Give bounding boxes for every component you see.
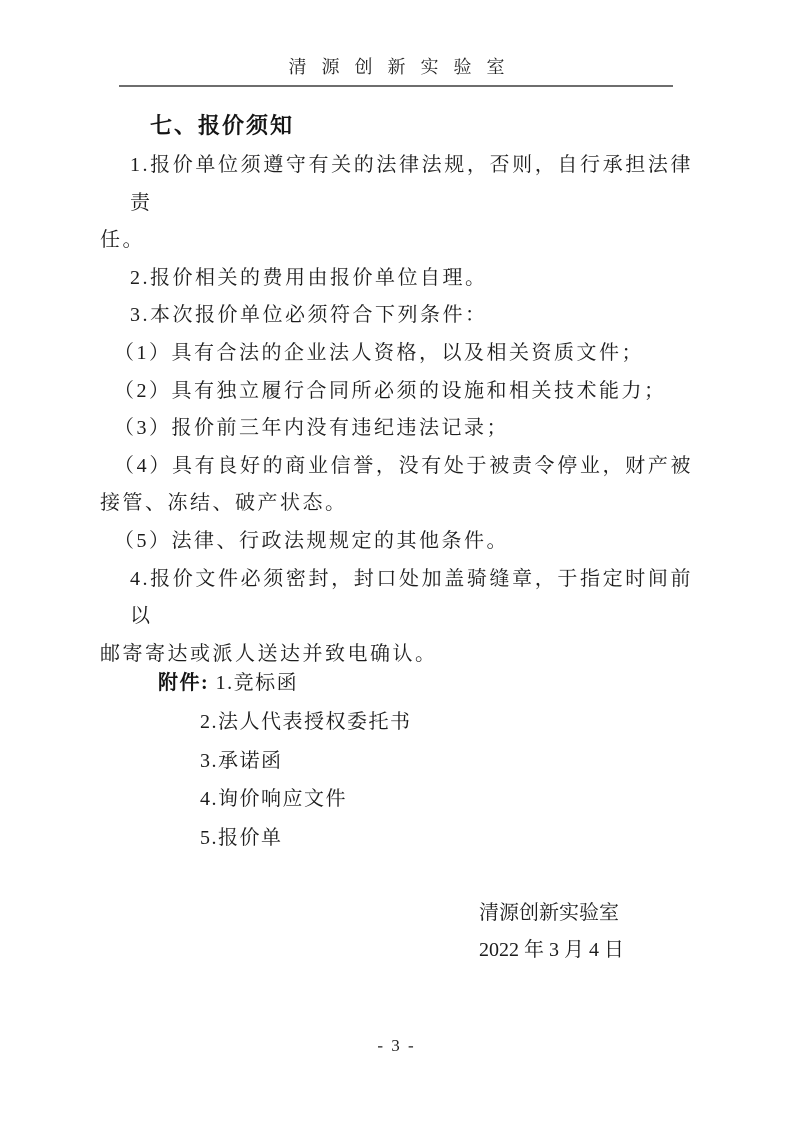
document-page: 清源创新实验室 七、报价须知 1.报价单位须遵守有关的法律法规，否则，自行承担法… bbox=[0, 0, 793, 1122]
paragraph-line: 2.报价相关的费用由报价单位自理。 bbox=[100, 260, 693, 298]
paragraph-line: 任。 bbox=[100, 222, 693, 260]
paragraph-line: 1.报价单位须遵守有关的法律法规，否则，自行承担法律责 bbox=[100, 147, 693, 222]
section-heading: 七、报价须知 bbox=[150, 109, 294, 140]
signature-org: 清源创新实验室 bbox=[479, 895, 624, 932]
header-title: 清源创新实验室 bbox=[0, 53, 793, 79]
paragraph-line: （4）具有良好的商业信誉，没有处于被责令停业，财产被 bbox=[100, 448, 693, 486]
signature-date: 2022 年 3 月 4 日 bbox=[479, 932, 624, 969]
paragraph-line: （5）法律、行政法规规定的其他条件。 bbox=[100, 523, 693, 561]
attachments-label: 附件: bbox=[158, 672, 209, 694]
attachment-item: 2.法人代表授权委托书 bbox=[100, 703, 693, 742]
page-number: - 3 - bbox=[0, 1036, 793, 1056]
attachment-item: 4.询价响应文件 bbox=[100, 780, 693, 819]
attachment-item: 1.竞标函 bbox=[216, 672, 299, 694]
signature-block: 清源创新实验室 2022 年 3 月 4 日 bbox=[479, 895, 624, 969]
attachments-list: 附件: 1.竞标函 2.法人代表授权委托书 3.承诺函 4.询价响应文件 5.报… bbox=[100, 664, 693, 858]
paragraph-line: 接管、冻结、破产状态。 bbox=[100, 485, 693, 523]
attachment-item: 3.承诺函 bbox=[100, 742, 693, 781]
header-rule bbox=[119, 85, 673, 87]
body-text: 1.报价单位须遵守有关的法律法规，否则，自行承担法律责 任。 2.报价相关的费用… bbox=[100, 147, 693, 673]
paragraph-line: 4.报价文件必须密封，封口处加盖骑缝章，于指定时间前以 bbox=[100, 561, 693, 636]
attachment-first-line: 附件: 1.竞标函 bbox=[100, 664, 693, 703]
paragraph-line: （3）报价前三年内没有违纪违法记录； bbox=[100, 410, 693, 448]
paragraph-line: （1）具有合法的企业法人资格，以及相关资质文件； bbox=[100, 335, 693, 373]
paragraph-line: 3.本次报价单位必须符合下列条件： bbox=[100, 297, 693, 335]
paragraph-line: （2）具有独立履行合同所必须的设施和相关技术能力； bbox=[100, 373, 693, 411]
attachment-item: 5.报价单 bbox=[100, 819, 693, 858]
